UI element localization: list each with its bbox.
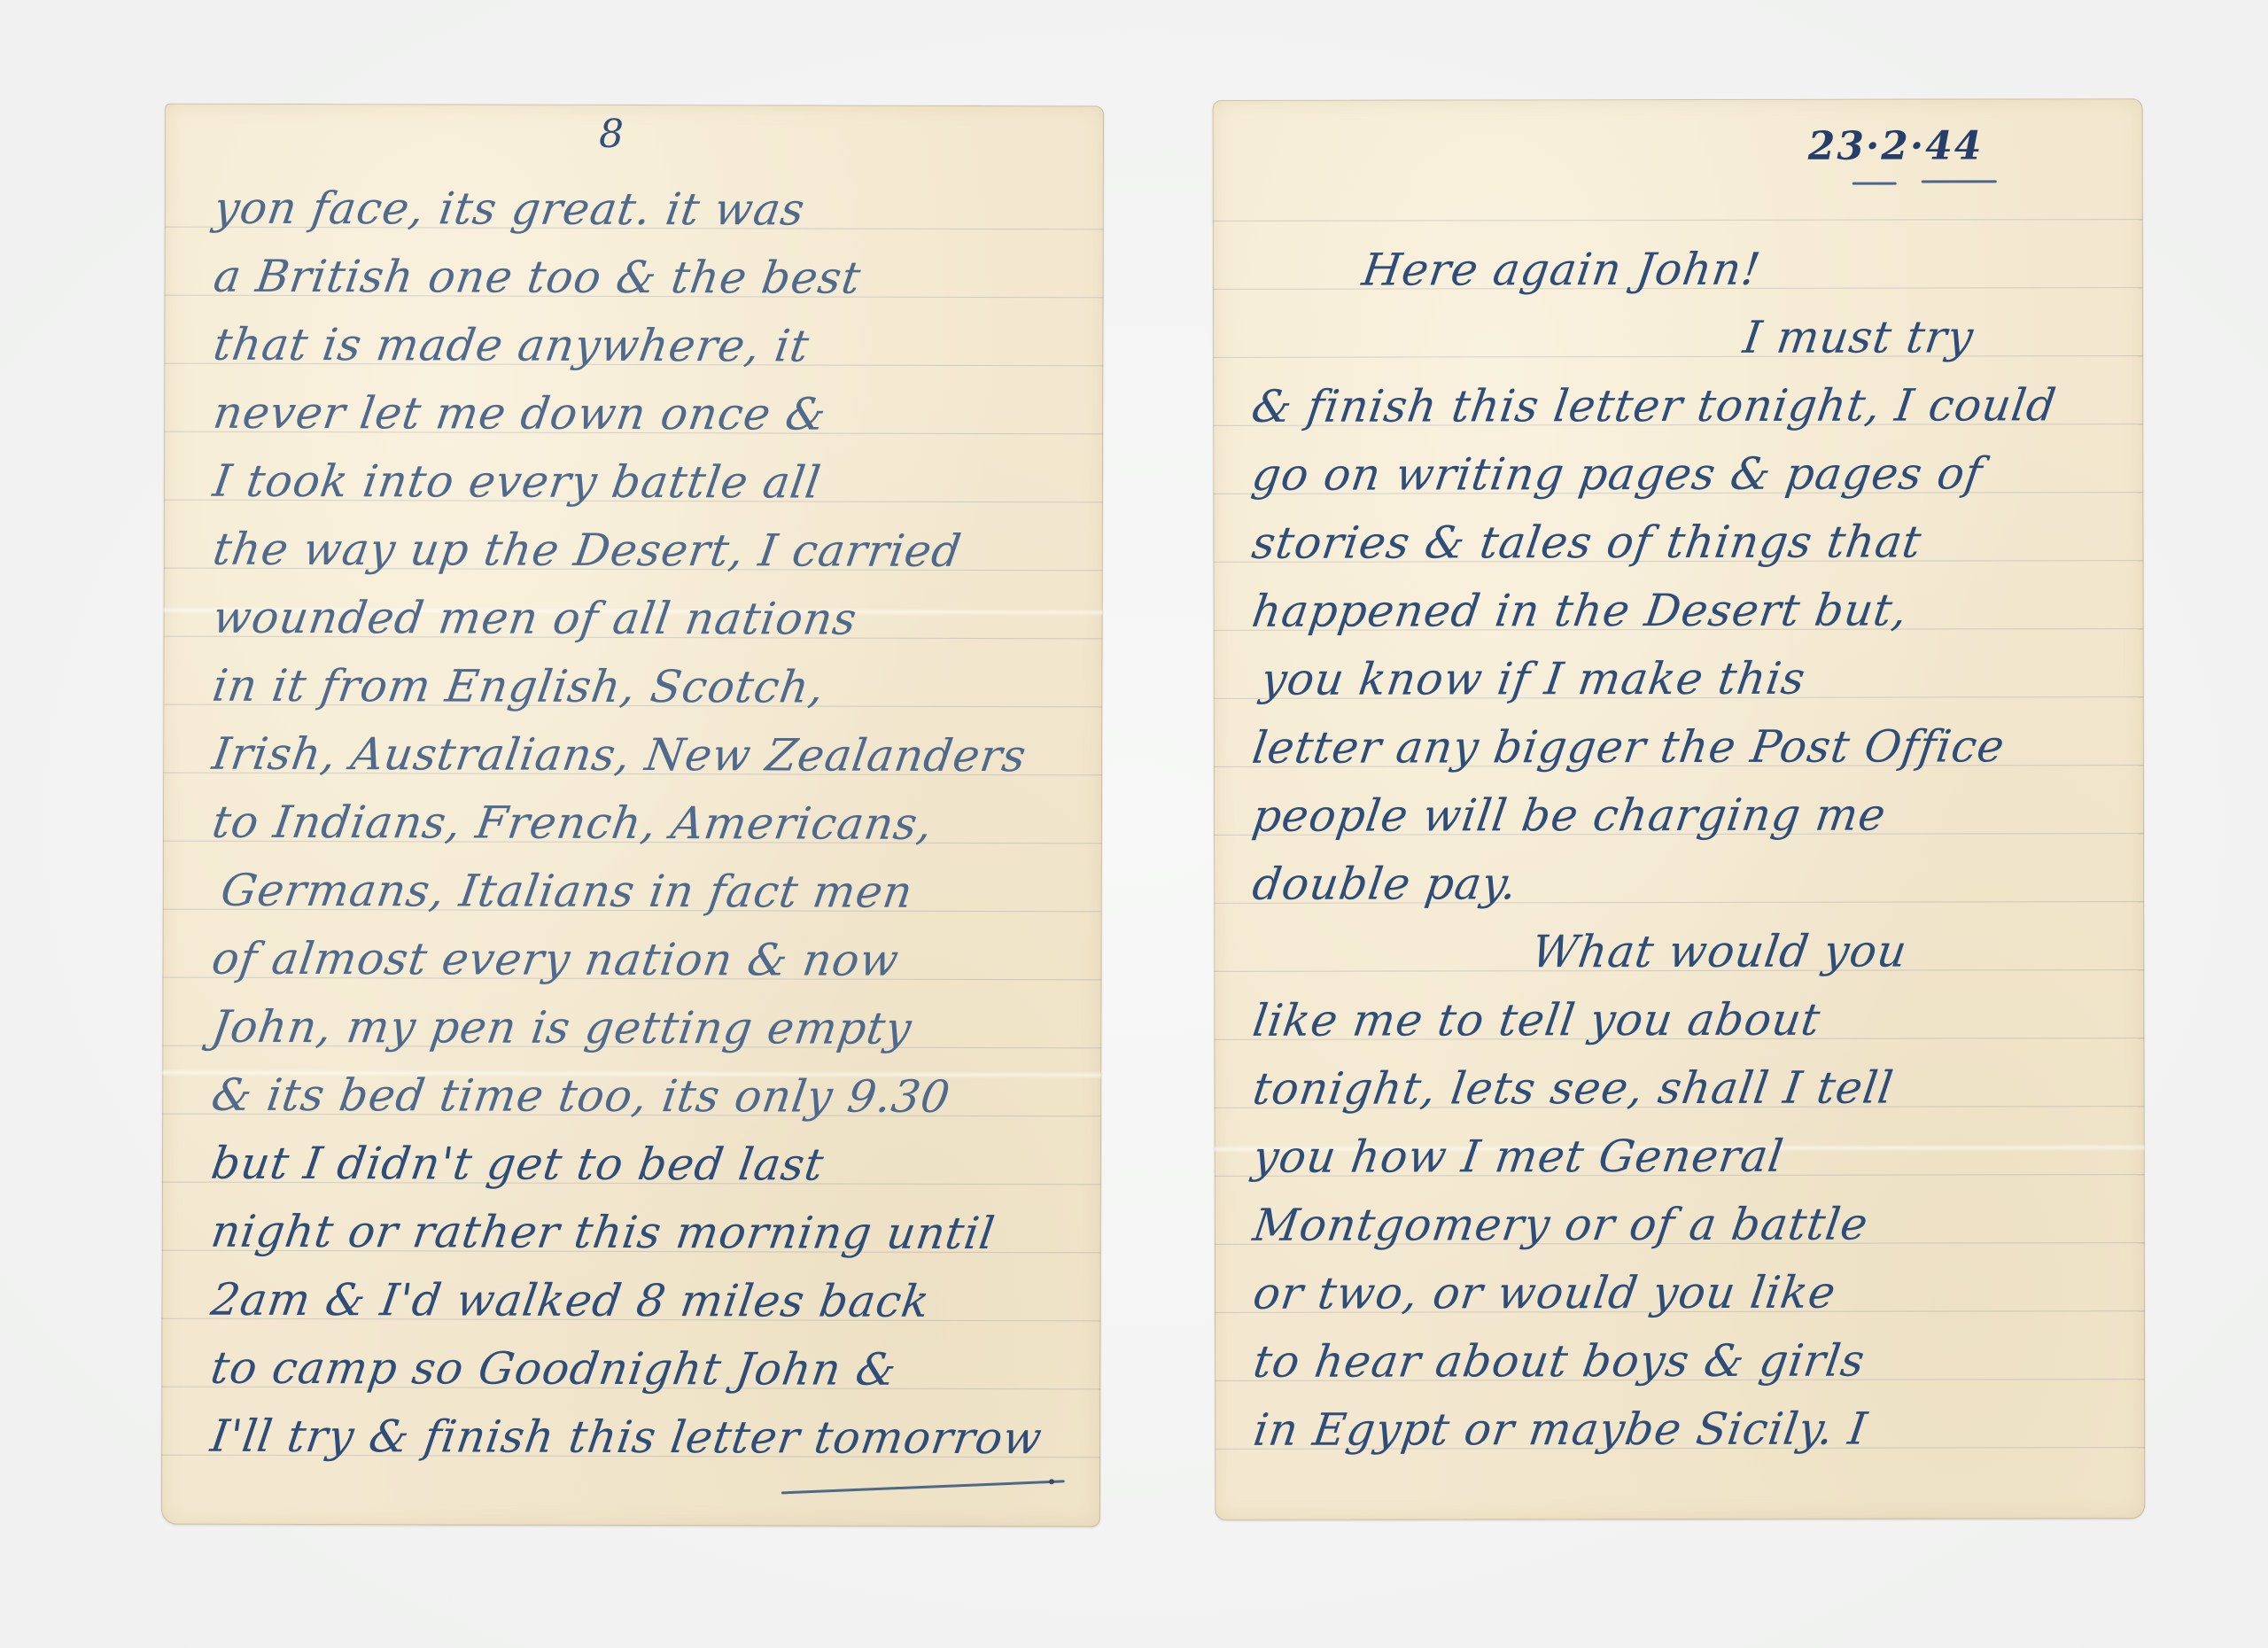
letter-line: in Egypt or maybe Sicily. I bbox=[1250, 1403, 1870, 1457]
letter-line: I'll try & finish this letter tomorrow bbox=[207, 1410, 1045, 1465]
letter-line: I must try bbox=[1740, 310, 1977, 363]
letter-line: Germans, Italians in fact men bbox=[218, 864, 917, 919]
letter-line: a British one too & the best bbox=[211, 250, 865, 305]
letter-greeting: Here again John! bbox=[1359, 243, 1764, 297]
letter-line: that is made anywhere, it bbox=[210, 318, 812, 373]
date-underline bbox=[1852, 183, 1897, 185]
letter-line: night or rather this morning until bbox=[208, 1205, 998, 1260]
letter-line: yon face, its great. it was bbox=[211, 182, 809, 237]
letter-line: & finish this letter tonight, I could bbox=[1248, 378, 2060, 433]
letter-line: happened in the Desert but, bbox=[1249, 584, 1912, 638]
letter-line: in it from English, Scotch, bbox=[209, 659, 827, 714]
letter-line: you know if I make this bbox=[1258, 652, 1809, 706]
letter-page-right: 23·2·44 Here again John! I must try & fi… bbox=[1213, 98, 2146, 1520]
letter-line: Montgomery or of a battle bbox=[1250, 1198, 1872, 1252]
letter-line: of almost every nation & now bbox=[208, 932, 902, 987]
letter-line: or two, or would you like bbox=[1250, 1266, 1839, 1320]
letter-line: never let me down once & bbox=[210, 386, 830, 441]
date-underline bbox=[1922, 180, 1997, 183]
ruled-line bbox=[1213, 219, 2143, 222]
letter-line: What would you bbox=[1528, 925, 1910, 979]
letter-line: people will be charging me bbox=[1249, 789, 1890, 843]
letter-line: to Indians, French, Americans, bbox=[209, 796, 936, 851]
letter-line: go on writing pages & pages of bbox=[1248, 447, 1985, 501]
letter-line: to camp so Goodnight John & bbox=[207, 1341, 900, 1396]
letter-line: I took into every battle all bbox=[210, 455, 825, 509]
ink-dot bbox=[1049, 1479, 1054, 1484]
page-number: 8 bbox=[599, 112, 624, 157]
ruled-line bbox=[1213, 355, 2143, 358]
letter-line: John, my pen is getting empty bbox=[208, 1000, 915, 1055]
letter-line: but I didn't get to bed last bbox=[208, 1137, 827, 1192]
letter-line: double pay. bbox=[1249, 857, 1520, 911]
letter-line: 2am & I'd walked 8 miles back bbox=[207, 1273, 933, 1328]
letter-line: & its bed time too, its only 9.30 bbox=[208, 1069, 954, 1123]
letter-line: you how I met General bbox=[1250, 1130, 1787, 1184]
letter-line: stories & tales of things that bbox=[1249, 516, 1925, 570]
letter-line: the way up the Desert, I carried bbox=[210, 523, 966, 578]
letter-line: to hear about boys & girls bbox=[1250, 1334, 1868, 1388]
letter-line: wounded men of all nations bbox=[210, 591, 861, 646]
letter-line: letter any bigger the Post Office bbox=[1249, 719, 2008, 773]
underline-stroke bbox=[781, 1480, 1065, 1494]
letter-line: Irish, Australians, New Zealanders bbox=[209, 727, 1029, 782]
letter-page-left: 8 yon face, its great. it was a British … bbox=[161, 104, 1104, 1528]
letter-line: tonight, lets see, shall I tell bbox=[1250, 1061, 1898, 1116]
letter-date: 23·2·44 bbox=[1808, 123, 1984, 168]
letter-line: like me to tell you about bbox=[1249, 993, 1823, 1047]
